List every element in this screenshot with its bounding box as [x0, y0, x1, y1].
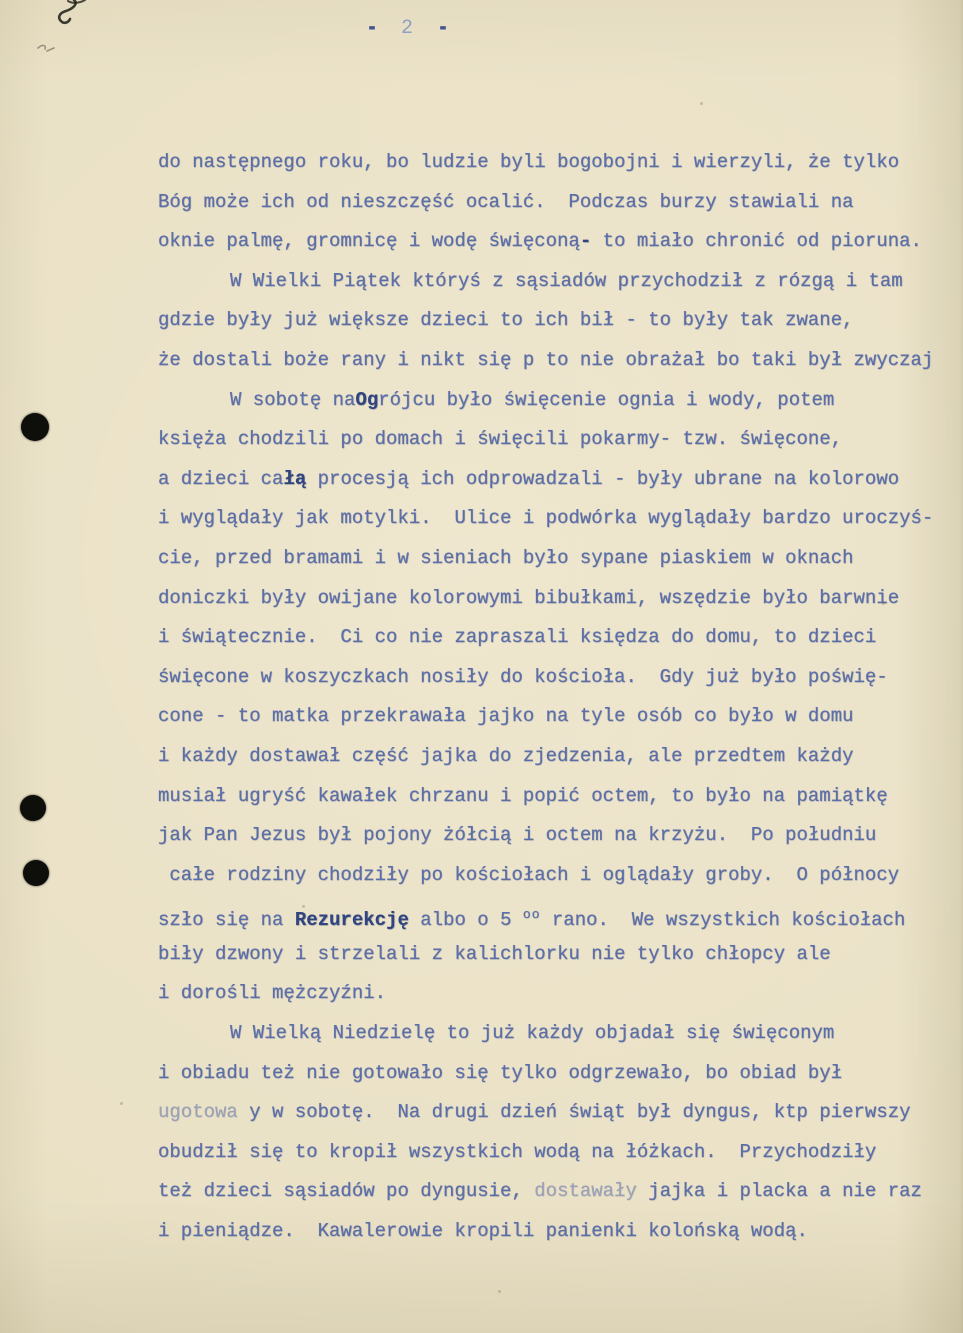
text-line: oknie palmę, gromnicę i wodę święconą- t… [158, 222, 963, 262]
text-line: i wyglądały jak motylki. Ulice i podwórk… [158, 499, 963, 539]
paper-speck [302, 905, 305, 908]
text-segment: Og [355, 389, 378, 411]
text-segment: i wyglądały jak motylki. Ulice i podwórk… [158, 507, 933, 529]
text-segment: szło się na [158, 909, 295, 931]
text-line: też dzieci sąsiadów po dyngusie, dostawa… [158, 1172, 963, 1212]
page-number: - 2 - [366, 17, 448, 40]
paper-speck [882, 602, 885, 605]
text-line: gdzie były już większe dzieci to ich bił… [158, 301, 963, 341]
paper-speck [700, 102, 703, 105]
text-segment: Bóg może ich od nieszczęść ocalić. Podcz… [158, 191, 854, 213]
text-segment: i pieniądze. Kawalerowie kropili panienk… [158, 1220, 808, 1242]
page-number-value: 2 [401, 17, 413, 40]
text-segment: rójcu było święcenie ognia i wody, potem [378, 389, 834, 411]
text-segment: musiał ugryść kawałek chrzanu i popić oc… [158, 785, 888, 807]
text-line: że dostali boże rany i nikt się p to nie… [158, 341, 963, 381]
punch-hole [20, 795, 46, 821]
text-line: W sobotę naOgrójcu było święcenie ognia … [158, 381, 963, 421]
text-segment: obudził się to kropił wszystkich wodą na… [158, 1141, 876, 1163]
page-number-left-dash: - [366, 12, 377, 44]
text-segment: to miało chronić od pioruna. [591, 230, 922, 252]
text-segment: W sobotę na [230, 389, 355, 411]
text-segment: łą [283, 468, 306, 490]
text-segment: Rezurekcję [295, 909, 409, 931]
text-segment: że dostali boże rany i nikt się p to nie… [158, 349, 933, 371]
text-segment: rano. We wszystkich kościołach [541, 909, 906, 931]
text-segment: jajka i placka a nie raz [637, 1180, 922, 1202]
text-line: obudził się to kropił wszystkich wodą na… [158, 1133, 963, 1173]
text-segment: albo o 5 [409, 909, 523, 931]
text-line: biły dzwony i strzelali z kalichlorku ni… [158, 935, 963, 975]
text-segment: całe rodziny chodziły po kościołach i og… [158, 864, 899, 886]
text-segment: cone - to matka przekrawała jajko na tyl… [158, 705, 854, 727]
text-segment: dostawały [534, 1180, 637, 1202]
text-segment: biły dzwony i strzelali z kalichlorku ni… [158, 943, 831, 965]
paper-speck [498, 1290, 501, 1293]
text-line: i obiadu też nie gotowało się tylko odgr… [158, 1054, 963, 1094]
text-line: całe rodziny chodziły po kościołach i og… [158, 856, 963, 896]
text-line: szło się na Rezurekcję albo o 5 oo rano.… [158, 895, 963, 935]
paper-speck [120, 1102, 123, 1105]
text-line: W Wielki Piątek któryś z sąsiadów przych… [158, 262, 963, 302]
text-segment: i dorośli mężczyźni. [158, 982, 386, 1004]
text-line: Bóg może ich od nieszczęść ocalić. Podcz… [158, 183, 963, 223]
text-segment: i obiadu też nie gotowało się tylko odgr… [158, 1062, 842, 1084]
text-segment: procesją ich odprowadzali - były ubrane … [306, 468, 899, 490]
text-segment: doniczki były owijane kolorowymi bibułka… [158, 587, 899, 609]
text-line: święcone w koszyczkach nosiły do kościoł… [158, 658, 963, 698]
text-segment: W Wielki Piątek któryś z sąsiadów przych… [230, 270, 903, 292]
text-segment: też dzieci sąsiadów po dyngusie, [158, 1180, 534, 1202]
text-segment: W Wielką Niedzielę to już każdy objadał … [230, 1022, 834, 1044]
text-line: a dzieci całą procesją ich odprowadzali … [158, 460, 963, 500]
text-line: musiał ugryść kawałek chrzanu i popić oc… [158, 777, 963, 817]
text-segment: y w sobotę. Na drugi dzień świąt był dyn… [238, 1101, 911, 1123]
page-number-right-dash: - [437, 12, 448, 44]
punch-hole [23, 860, 49, 886]
punch-hole [21, 413, 49, 441]
text-line: W Wielką Niedzielę to już każdy objadał … [158, 1014, 963, 1054]
text-line: cie, przed bramami i w sieniach było syp… [158, 539, 963, 579]
text-segment: święcone w koszyczkach nosiły do kościoł… [158, 666, 888, 688]
text-line: i świątecznie. Ci co nie zapraszali księ… [158, 618, 963, 658]
text-segment: i świątecznie. Ci co nie zapraszali księ… [158, 626, 876, 648]
text-line: i pieniądze. Kawalerowie kropili panienk… [158, 1212, 963, 1252]
text-segment: oo [523, 907, 541, 922]
text-segment: oknie palmę, gromnicę i wodę święconą [158, 230, 580, 252]
text-line: i każdy dostawał część jajka do zjedzeni… [158, 737, 963, 777]
text-line: doniczki były owijane kolorowymi bibułka… [158, 579, 963, 619]
text-line: jak Pan Jezus był pojony żółcią i octem … [158, 816, 963, 856]
text-segment: księża chodzili po domach i święcili pok… [158, 428, 842, 450]
text-line: do następnego roku, bo ludzie byli bogob… [158, 143, 963, 183]
text-segment: i każdy dostawał część jajka do zjedzeni… [158, 745, 854, 767]
typewritten-text: do następnego roku, bo ludzie byli bogob… [158, 143, 963, 1252]
ink-scribble [28, 0, 108, 70]
text-segment: - [580, 230, 591, 252]
text-segment: a dzieci ca [158, 468, 283, 490]
scanned-typewritten-page: { "page": { "number_label": { "left_dash… [0, 0, 963, 1333]
text-line: księża chodzili po domach i święcili pok… [158, 420, 963, 460]
text-line: i dorośli mężczyźni. [158, 974, 963, 1014]
text-line: ugotowa y w sobotę. Na drugi dzień świąt… [158, 1093, 963, 1133]
text-segment: gdzie były już większe dzieci to ich bił… [158, 309, 854, 331]
text-segment: cie, przed bramami i w sieniach było syp… [158, 547, 854, 569]
text-segment: do następnego roku, bo ludzie byli bogob… [158, 151, 899, 173]
text-segment: ugotowa [158, 1101, 238, 1123]
text-line: cone - to matka przekrawała jajko na tyl… [158, 697, 963, 737]
text-segment: jak Pan Jezus był pojony żółcią i octem … [158, 824, 876, 846]
